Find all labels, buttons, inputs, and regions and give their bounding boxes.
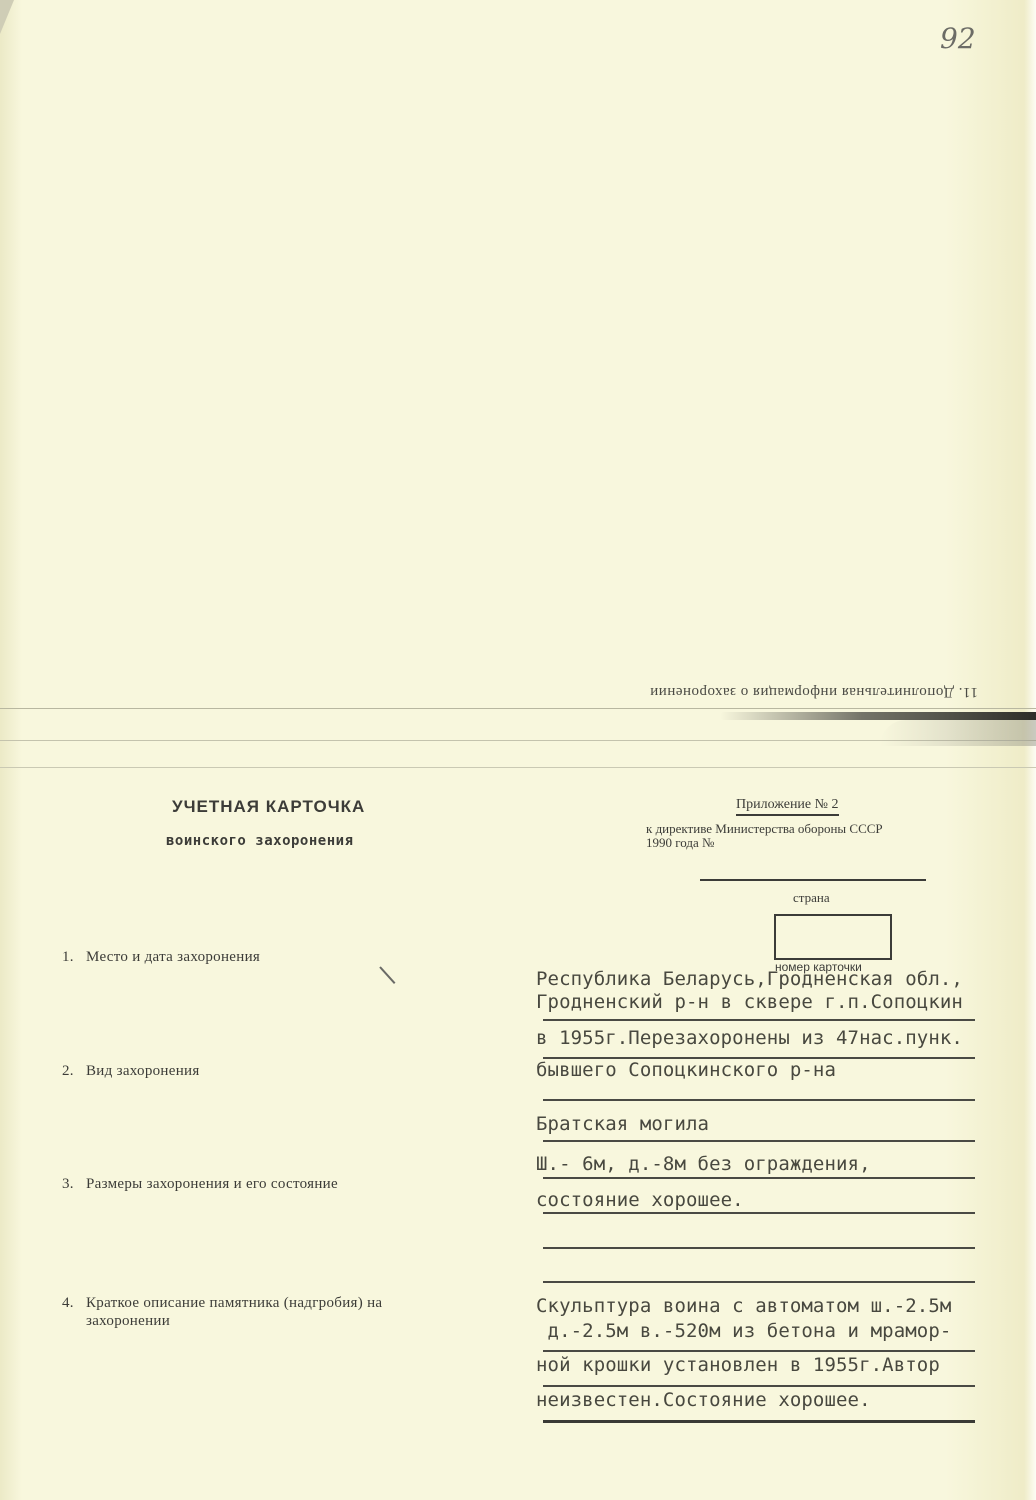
field-4-value-line: ной крошки установлен в 1955г.Автор <box>536 1354 940 1376</box>
field-number: 1. <box>62 948 86 966</box>
directive-year-line: 1990 года № <box>646 836 976 850</box>
field-1-value-line: в 1955г.Перезахоронены из 47нас.пунк. <box>536 1027 963 1049</box>
form-rule-line <box>543 1019 975 1021</box>
field-number: 2. <box>62 1062 86 1080</box>
country-label: страна <box>793 890 830 906</box>
fold-shadow-dark <box>720 712 1036 720</box>
card-number-box <box>774 914 892 960</box>
form-rule-line <box>543 1420 975 1423</box>
fold-crease <box>0 708 1036 709</box>
appendix-label: Приложение № 2 <box>736 797 839 816</box>
card-subtitle: воинского захоронения <box>166 833 354 849</box>
fold-crease <box>0 767 1036 768</box>
field-4-value-line: Скульптура воина с автоматом ш.-2.5м <box>536 1295 951 1317</box>
field-label-text: Вид захоронения <box>86 1063 200 1079</box>
fold-shadow-light <box>880 720 1036 746</box>
field-1-value-line: Республика Беларусь,Гродненская обл., <box>536 968 963 990</box>
field-1-value-line: Гродненский р-н в сквере г.п.Сопоцкин <box>536 991 963 1013</box>
field-label-text: Размеры захоронения и его состояние <box>86 1176 338 1192</box>
field-4-value-line: неизвестен.Состояние хорошее. <box>536 1389 871 1411</box>
page-right-edge <box>1024 0 1036 1500</box>
directive-line: к директиве Министерства обороны СССР <box>646 822 976 836</box>
field-label-text: Место и дата захоронения <box>86 949 260 965</box>
field-label-continuation: захоронении <box>62 1312 382 1330</box>
section-11-upside-down-heading: 11. Дополнительная информация о захороне… <box>548 683 978 700</box>
form-rule-line <box>543 1140 975 1142</box>
form-rule-line <box>543 1385 975 1387</box>
field-3-value-line: Ш.- 6м, д.-8м без ограждения, <box>536 1153 871 1175</box>
field-number: 4. <box>62 1294 86 1312</box>
page-corner-fold <box>0 0 14 34</box>
field-2-value-line: Братская могила <box>536 1113 709 1135</box>
field-2-label: 2.Вид захоронения <box>62 1062 200 1080</box>
form-rule-line <box>543 1099 975 1101</box>
card-title: УЧЕТНАЯ КАРТОЧКА <box>172 797 365 817</box>
form-rule-line <box>543 1350 975 1352</box>
field-3-value-line: состояние хорошее. <box>536 1189 744 1211</box>
directive-reference: к директиве Министерства обороны СССР 19… <box>646 822 976 850</box>
form-rule-line <box>543 1177 975 1179</box>
country-field-line <box>700 879 926 881</box>
handwritten-page-number: 92 <box>940 22 976 55</box>
field-number: 3. <box>62 1175 86 1193</box>
field-label-text: Краткое описание памятника (надгробия) н… <box>86 1295 382 1311</box>
form-rule-line <box>543 1247 975 1249</box>
form-rule-line <box>543 1212 975 1214</box>
form-rule-line <box>543 1281 975 1283</box>
field-4-label: 4.Краткое описание памятника (надгробия)… <box>62 1294 382 1330</box>
field-1-value-line: бывшего Сопоцкинского р-на <box>536 1059 836 1081</box>
field-4-value-line: д.-2.5м в.-520м из бетона и мрамор- <box>536 1320 951 1342</box>
field-1-label: 1.Место и дата захоронения <box>62 948 260 966</box>
document-page <box>0 0 1036 1500</box>
field-3-label: 3.Размеры захоронения и его состояние <box>62 1175 338 1193</box>
